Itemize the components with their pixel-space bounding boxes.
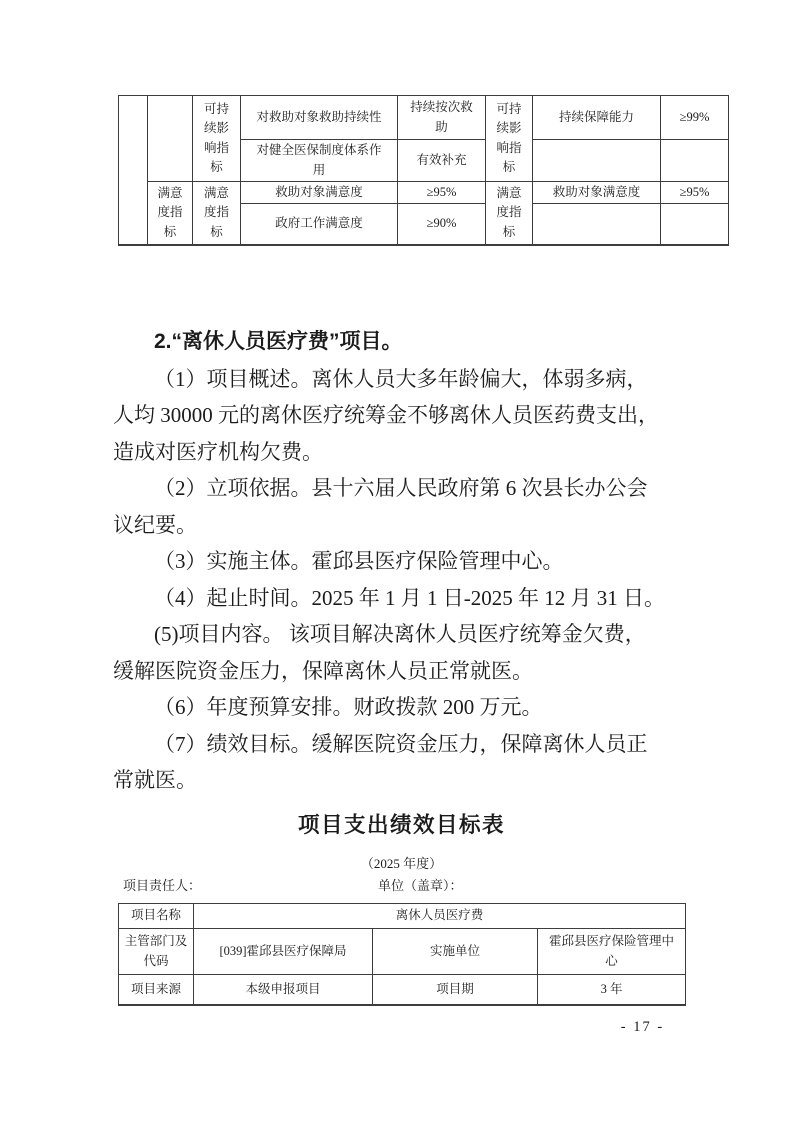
- table-cell-outer-blank: [148, 96, 193, 182]
- table-cell-indicator: 持续保障能力: [533, 96, 661, 140]
- responsible-person-label: 项目责任人：: [123, 875, 201, 894]
- signature-row: 项目责任人： 单位（盖章）：: [118, 875, 685, 893]
- table-cell-target: ≥95%: [398, 182, 486, 204]
- performance-indicator-table: 可持 续影 响指 标 对救助对象救助持续性 持续按次救 助 可持 续影 响指 标…: [118, 95, 729, 246]
- table-cell-label: 实施单位: [373, 929, 538, 975]
- table-cell-label: 项目来源: [119, 975, 194, 1005]
- body-line: （2）立项依据。县十六届人民政府第 6 次县长办公会: [113, 470, 683, 507]
- table-cell-project-name: 离休人员医疗费: [194, 904, 686, 929]
- body-line: 造成对医疗机构欠费。: [113, 434, 683, 471]
- table-cell-indicator: [533, 204, 661, 245]
- body-line: （6）年度预算安排。财政拨款 200 万元。: [113, 689, 683, 726]
- table-cell-value: ≥99%: [661, 96, 729, 140]
- table-cell-label: 主管部门及 代码: [119, 929, 194, 975]
- table-cell-value: [661, 140, 729, 182]
- table-cell-value: ≥95%: [661, 182, 729, 204]
- body-line: 人均 30000 元的离休医疗统筹金不够离休人员医药费支出，: [113, 397, 683, 434]
- body-paragraphs: 2.“离休人员医疗费”项目。 （1）项目概述。离休人员大多年龄偏大，体弱多病， …: [113, 324, 683, 799]
- table-cell-target: ≥90%: [398, 204, 486, 245]
- table-cell-indicator: 对健全医保制度体系作 用: [241, 140, 398, 182]
- unit-seal-label: 单位（盖章）：: [378, 875, 463, 894]
- target-table-title: 项目支出绩效目标表: [118, 808, 685, 839]
- body-line: 议纪要。: [113, 507, 683, 544]
- target-table-year: （2025 年度）: [118, 853, 685, 872]
- table-cell-group-sustain-right: 可持 续影 响指 标: [486, 96, 533, 182]
- table-cell-dept: [039]霍邱县医疗保障局: [194, 929, 373, 975]
- body-line: （1）项目概述。离休人员大多年龄偏大，体弱多病，: [113, 361, 683, 398]
- table-cell-indicator: [533, 140, 661, 182]
- body-line: （4）起止时间。2025 年 1 月 1 日-2025 年 12 月 31 日。: [113, 580, 683, 617]
- document-page: 可持 续影 响指 标 对救助对象救助持续性 持续按次救 助 可持 续影 响指 标…: [0, 0, 793, 1122]
- table-cell-indicator: 对救助对象救助持续性: [241, 96, 398, 140]
- table-cell-indicator: 政府工作满意度: [241, 204, 398, 245]
- table-cell-group-satisfaction-right: 满意 度指 标: [486, 182, 533, 245]
- body-line: 常就医。: [113, 762, 683, 799]
- page-number: - 17 -: [595, 1019, 690, 1036]
- table-cell-group-sustain-left: 可持 续影 响指 标: [193, 96, 241, 182]
- table-cell-period: 3 年: [538, 975, 686, 1005]
- section-heading: 2.“离休人员医疗费”项目。: [113, 324, 683, 361]
- project-target-table: 项目名称 离休人员医疗费 主管部门及 代码 [039]霍邱县医疗保障局 实施单位…: [118, 903, 686, 1006]
- body-line: (5)项目内容。 该项目解决离休人员医疗统筹金欠费，: [113, 616, 683, 653]
- table-cell-source: 本级申报项目: [194, 975, 373, 1005]
- body-line: （7）绩效目标。缓解医院资金压力，保障离休人员正: [113, 726, 683, 763]
- table-cell-edge-blank: [119, 96, 148, 245]
- table-cell-group-satisfaction-outer: 满意 度指 标: [148, 182, 193, 245]
- table-cell-group-satisfaction-left: 满意 度指 标: [193, 182, 241, 245]
- body-line: 缓解医院资金压力，保障离休人员正常就医。: [113, 653, 683, 690]
- table-cell-value: [661, 204, 729, 245]
- body-line: （3）实施主体。霍邱县医疗保险管理中心。: [113, 543, 683, 580]
- table-cell-label: 项目名称: [119, 904, 194, 929]
- table-cell-target: 持续按次救 助: [398, 96, 486, 140]
- table-cell-label: 项目期: [373, 975, 538, 1005]
- table-cell-impl-unit: 霍邱县医疗保险管理中 心: [538, 929, 686, 975]
- table-cell-indicator: 救助对象满意度: [533, 182, 661, 204]
- table-cell-indicator: 救助对象满意度: [241, 182, 398, 204]
- table-cell-target: 有效补充: [398, 140, 486, 182]
